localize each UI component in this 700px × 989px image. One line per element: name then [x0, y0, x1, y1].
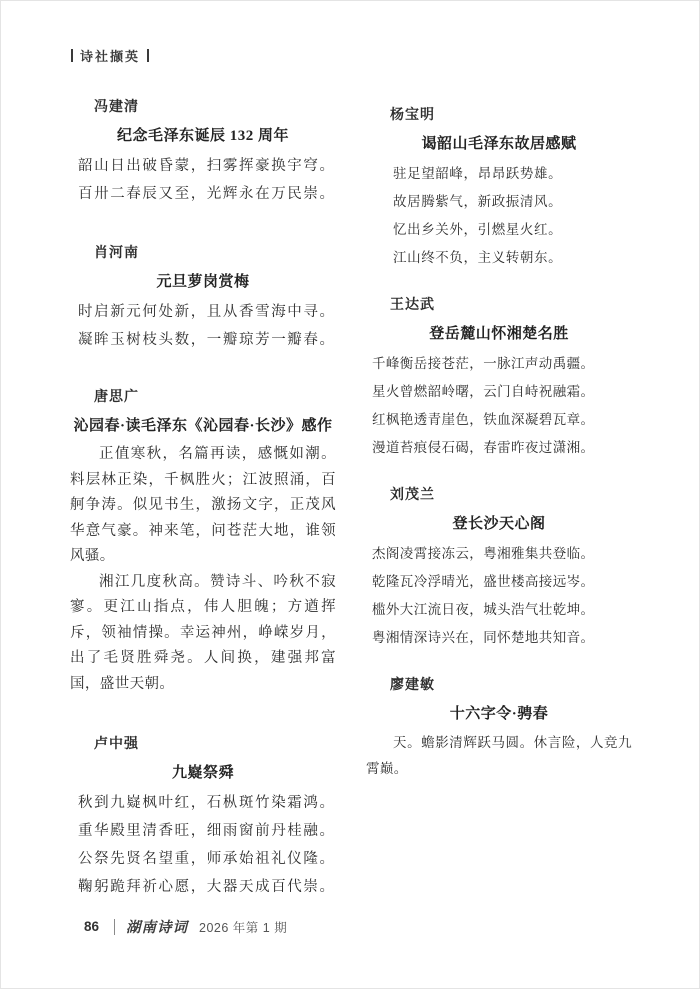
poem-line: 粤湘情深诗兴在，同怀楚地共知音。 [366, 624, 632, 652]
section-header: 诗社撷英 [71, 46, 149, 65]
poem-line: 秋到九嶷枫叶红，石枞斑竹染霜鸿。 [70, 789, 336, 817]
page-footer: 86 湖南诗词 2026 年第 1 期 [84, 916, 287, 937]
poem-author: 唐思广 [94, 386, 336, 406]
poem-title: 九嶷祭舜 [70, 762, 336, 784]
poem-line: 漫道苔痕侵石碣，春雷昨夜过潇湘。 [366, 434, 632, 462]
poem-section: 王达武 登岳麓山怀湘楚名胜 千峰衡岳接苍茫，一脉江声动禹疆。 星火曾燃韶岭曙，云… [366, 294, 632, 462]
poem-line: 时启新元何处新，且从香雪海中寻。 [70, 298, 336, 326]
poem-title: 登长沙天心阁 [366, 513, 632, 535]
poem-section: 冯建清 纪念毛泽东诞辰 132 周年 韶山日出破昏蒙，扫雾挥豪换宇穹。 百卅二春… [70, 96, 336, 208]
poem-author: 冯建清 [94, 96, 336, 116]
poem-line: 鞠躬跪拜祈心愿，大器天成百代崇。 [70, 873, 336, 901]
poem-line: 公祭先贤名望重，师承始祖礼仪隆。 [70, 845, 336, 873]
poem-line: 韶山日出破昏蒙，扫雾挥豪换宇穹。 [70, 152, 336, 180]
poem-title: 纪念毛泽东诞辰 132 周年 [70, 125, 336, 147]
poem-title: 登岳麓山怀湘楚名胜 [366, 323, 632, 345]
poem-line: 星火曾燃韶岭曙，云门自峙祝融霜。 [366, 378, 632, 406]
right-column: 杨宝明 谒韶山毛泽东故居感赋 驻足望韶峰，昂昂跃势雄。 故居腾紫气，新政振清风。… [366, 84, 632, 901]
poem-author: 王达武 [390, 294, 632, 314]
poem-paragraph: 正值寒秋，名篇再读，感慨如潮。料层林正染，千枫胜火；江波照涌，百舸争涛。似见书生… [70, 442, 336, 570]
poem-title: 沁园春·读毛泽东《沁园春·长沙》感作 [70, 415, 336, 437]
poem-line: 江山终不负，主义转朝东。 [366, 244, 632, 272]
page-number: 86 [84, 919, 99, 934]
poem-section: 唐思广 沁园春·读毛泽东《沁园春·长沙》感作 正值寒秋，名篇再读，感慨如潮。料层… [70, 386, 336, 697]
poem-columns: 冯建清 纪念毛泽东诞辰 132 周年 韶山日出破昏蒙，扫雾挥豪换宇穹。 百卅二春… [70, 84, 632, 901]
poem-title: 十六字令·骋春 [366, 703, 632, 725]
poem-title: 谒韶山毛泽东故居感赋 [366, 133, 632, 155]
poem-line: 槛外大江流日夜，城头浩气壮乾坤。 [366, 596, 632, 624]
poem-author: 肖河南 [94, 242, 336, 262]
poem-line: 千峰衡岳接苍茫，一脉江声动禹疆。 [366, 350, 632, 378]
poem-section: 卢中强 九嶷祭舜 秋到九嶷枫叶红，石枞斑竹染霜鸿。 重华殿里清香旺，细雨窗前丹桂… [70, 733, 336, 901]
journal-name: 湖南诗词 [126, 916, 188, 937]
poem-author: 卢中强 [94, 733, 336, 753]
left-column: 冯建清 纪念毛泽东诞辰 132 周年 韶山日出破昏蒙，扫雾挥豪换宇穹。 百卅二春… [70, 84, 336, 901]
poem-line: 百卅二春辰又至，光辉永在万民崇。 [70, 180, 336, 208]
poem-line: 杰阁凌霄接冻云，粤湘雅集共登临。 [366, 540, 632, 568]
poem-section: 刘茂兰 登长沙天心阁 杰阁凌霄接冻云，粤湘雅集共登临。 乾隆瓦冷浮晴光，盛世楼高… [366, 484, 632, 652]
poem-paragraph: 湘江几度秋高。赞诗斗、吟秋不寂寥。更江山指点，伟人胆魄；方遒挥斥，领袖情操。幸运… [70, 570, 336, 698]
poem-line: 故居腾紫气，新政振清风。 [366, 188, 632, 216]
poem-title: 元旦萝岗赏梅 [70, 271, 336, 293]
poem-author: 杨宝明 [390, 104, 632, 124]
poem-section: 廖建敏 十六字令·骋春 天。蟾影清辉跃马圆。休言险，人竞九霄巅。 [366, 674, 632, 782]
poem-line: 红枫艳透青崖色，铁血深凝碧瓦章。 [366, 406, 632, 434]
poem-line: 凝眸玉树枝头数，一瓣琼芳一瓣春。 [70, 326, 336, 354]
poem-line: 忆出乡关外，引燃星火红。 [366, 216, 632, 244]
poem-line: 乾隆瓦冷浮晴光，盛世楼高接远岑。 [366, 568, 632, 596]
poem-line: 重华殿里清香旺，细雨窗前丹桂融。 [70, 817, 336, 845]
section-header-label: 诗社撷英 [80, 46, 140, 65]
header-bar-right-icon [147, 49, 149, 62]
journal-page: 诗社撷英 冯建清 纪念毛泽东诞辰 132 周年 韶山日出破昏蒙，扫雾挥豪换宇穹。… [0, 0, 700, 989]
poem-section: 肖河南 元旦萝岗赏梅 时启新元何处新，且从香雪海中寻。 凝眸玉树枝头数，一瓣琼芳… [70, 242, 336, 354]
header-bar-left-icon [71, 49, 73, 62]
poem-author: 廖建敏 [390, 674, 632, 694]
poem-paragraph: 天。蟾影清辉跃马圆。休言险，人竞九霄巅。 [366, 730, 632, 782]
poem-section: 杨宝明 谒韶山毛泽东故居感赋 驻足望韶峰，昂昂跃势雄。 故居腾紫气，新政振清风。… [366, 104, 632, 272]
poem-author: 刘茂兰 [390, 484, 632, 504]
poem-line: 驻足望韶峰，昂昂跃势雄。 [366, 160, 632, 188]
footer-divider [114, 919, 115, 935]
journal-issue: 2026 年第 1 期 [199, 918, 287, 936]
